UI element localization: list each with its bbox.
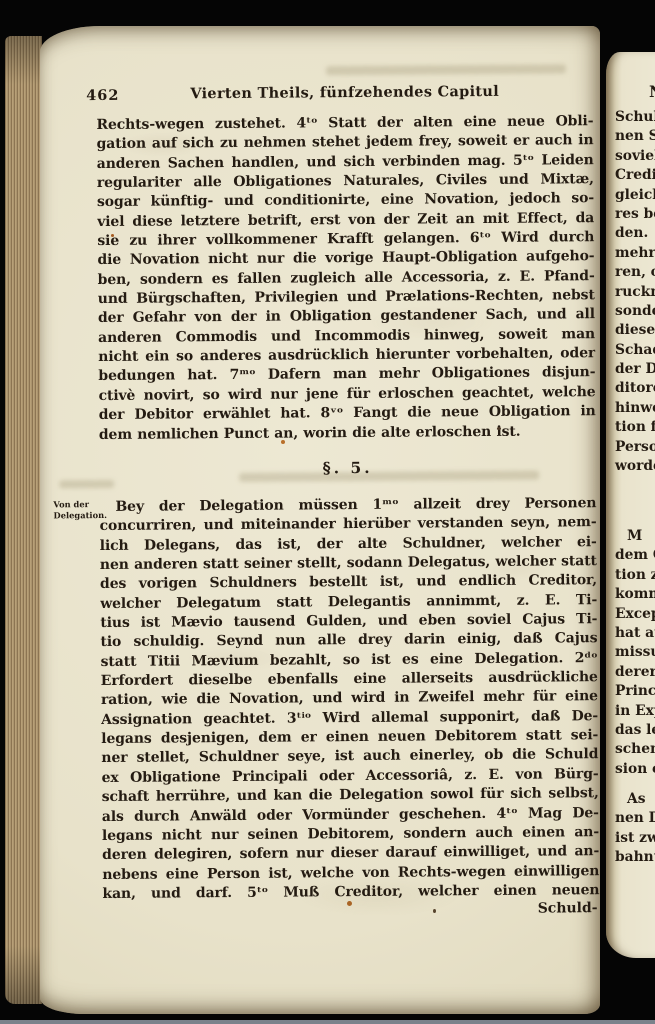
text-line: gleich	[615, 186, 655, 205]
text-line: As	[615, 790, 655, 809]
text-line: schen ge	[615, 740, 655, 759]
text-line: M	[615, 527, 655, 546]
text-line: rucknel	[615, 283, 655, 302]
text-line: res bei	[615, 205, 655, 224]
text-line: ditore	[615, 379, 655, 398]
page-header: 462 Vierten Theils, fünfzehendes Capitul	[96, 82, 593, 106]
text-line: Princip	[615, 682, 655, 701]
text-line: der De	[615, 360, 655, 379]
text-line: sondern	[615, 302, 655, 321]
right-page-sliver: N Schulnen Ssoviel,Creditgleichres beide…	[606, 52, 655, 958]
text-line: der Debitor erwählet hat. 8ᵛᵒ Fangt die …	[99, 402, 596, 425]
right-page-text-block: Schulnen Ssoviel,Creditgleichres beiden.…	[615, 108, 655, 476]
ink-speck	[347, 901, 352, 906]
text-line: dem nemlichen Punct an, worin die alte e…	[99, 422, 596, 445]
paragraph-delegation: Bey der Delegation müssen 1ᵐᵒ allzeit dr…	[99, 494, 599, 904]
text-line: ren, o	[615, 263, 655, 282]
ink-speck	[111, 234, 114, 237]
text-line: das letzt	[615, 721, 655, 740]
book-scan: 462 Vierten Theils, fünfzehendes Capitul…	[0, 0, 655, 1024]
catchword: Schuld-	[538, 900, 598, 916]
text-line: kommt	[615, 585, 655, 604]
margin-note-line: Von der	[53, 499, 97, 510]
text-line: Credit	[615, 166, 655, 185]
text-line: dem Cr	[615, 546, 655, 565]
text-line: soviel,	[615, 147, 655, 166]
text-line: tion fü	[615, 418, 655, 437]
section-heading: §. 5.	[99, 456, 596, 479]
text-line: den.	[615, 224, 655, 243]
book-fore-edge	[5, 36, 42, 1004]
left-page: 462 Vierten Theils, fünfzehendes Capitul…	[40, 26, 600, 1014]
text-line: in Expr	[615, 702, 655, 721]
text-line: Schadl	[615, 341, 655, 360]
text-line: Person	[615, 438, 655, 457]
text-line: diesem	[615, 321, 655, 340]
text-line: derer N	[615, 663, 655, 682]
right-page-text-block: Mdem Crtion zukommtExcepthat aucmissumde…	[615, 527, 655, 779]
text-line: Schul	[615, 108, 655, 127]
margin-note-line: Delegation.	[53, 510, 97, 521]
text-line: sion od	[615, 760, 655, 779]
text-line: nen S	[615, 127, 655, 146]
text-line: Except	[615, 605, 655, 624]
ink-bleed-through	[326, 64, 566, 75]
right-page-text-block: Asnen Drist zwarbahnt a	[615, 790, 655, 868]
right-page-header-fragment: N	[649, 82, 655, 101]
text-line: bahnt a	[615, 848, 655, 867]
running-title: Vierten Theils, fünfzehendes Capitul	[96, 82, 593, 103]
paragraph-novation-rules: Rechts-wegen zustehet. 4ᵗᵒ Statt der alt…	[96, 112, 596, 445]
scan-bottom-strip	[0, 1020, 655, 1024]
ink-speck	[497, 427, 501, 430]
page-content: 462 Vierten Theils, fünfzehendes Capitul…	[96, 24, 601, 1016]
ink-speck	[433, 909, 436, 913]
text-line: hat auc	[615, 624, 655, 643]
ink-speck	[281, 440, 285, 444]
text-line: mehr b	[615, 244, 655, 263]
text-line: nen Dr	[615, 809, 655, 828]
margin-note: Von der Delegation.	[53, 499, 97, 520]
text-line: ist zwar	[615, 829, 655, 848]
ink-bleed-through	[59, 480, 114, 488]
text-line: hinweg	[615, 399, 655, 418]
text-line: worden	[615, 457, 655, 476]
text-line: missum	[615, 643, 655, 662]
text-line: tion zu	[615, 566, 655, 585]
